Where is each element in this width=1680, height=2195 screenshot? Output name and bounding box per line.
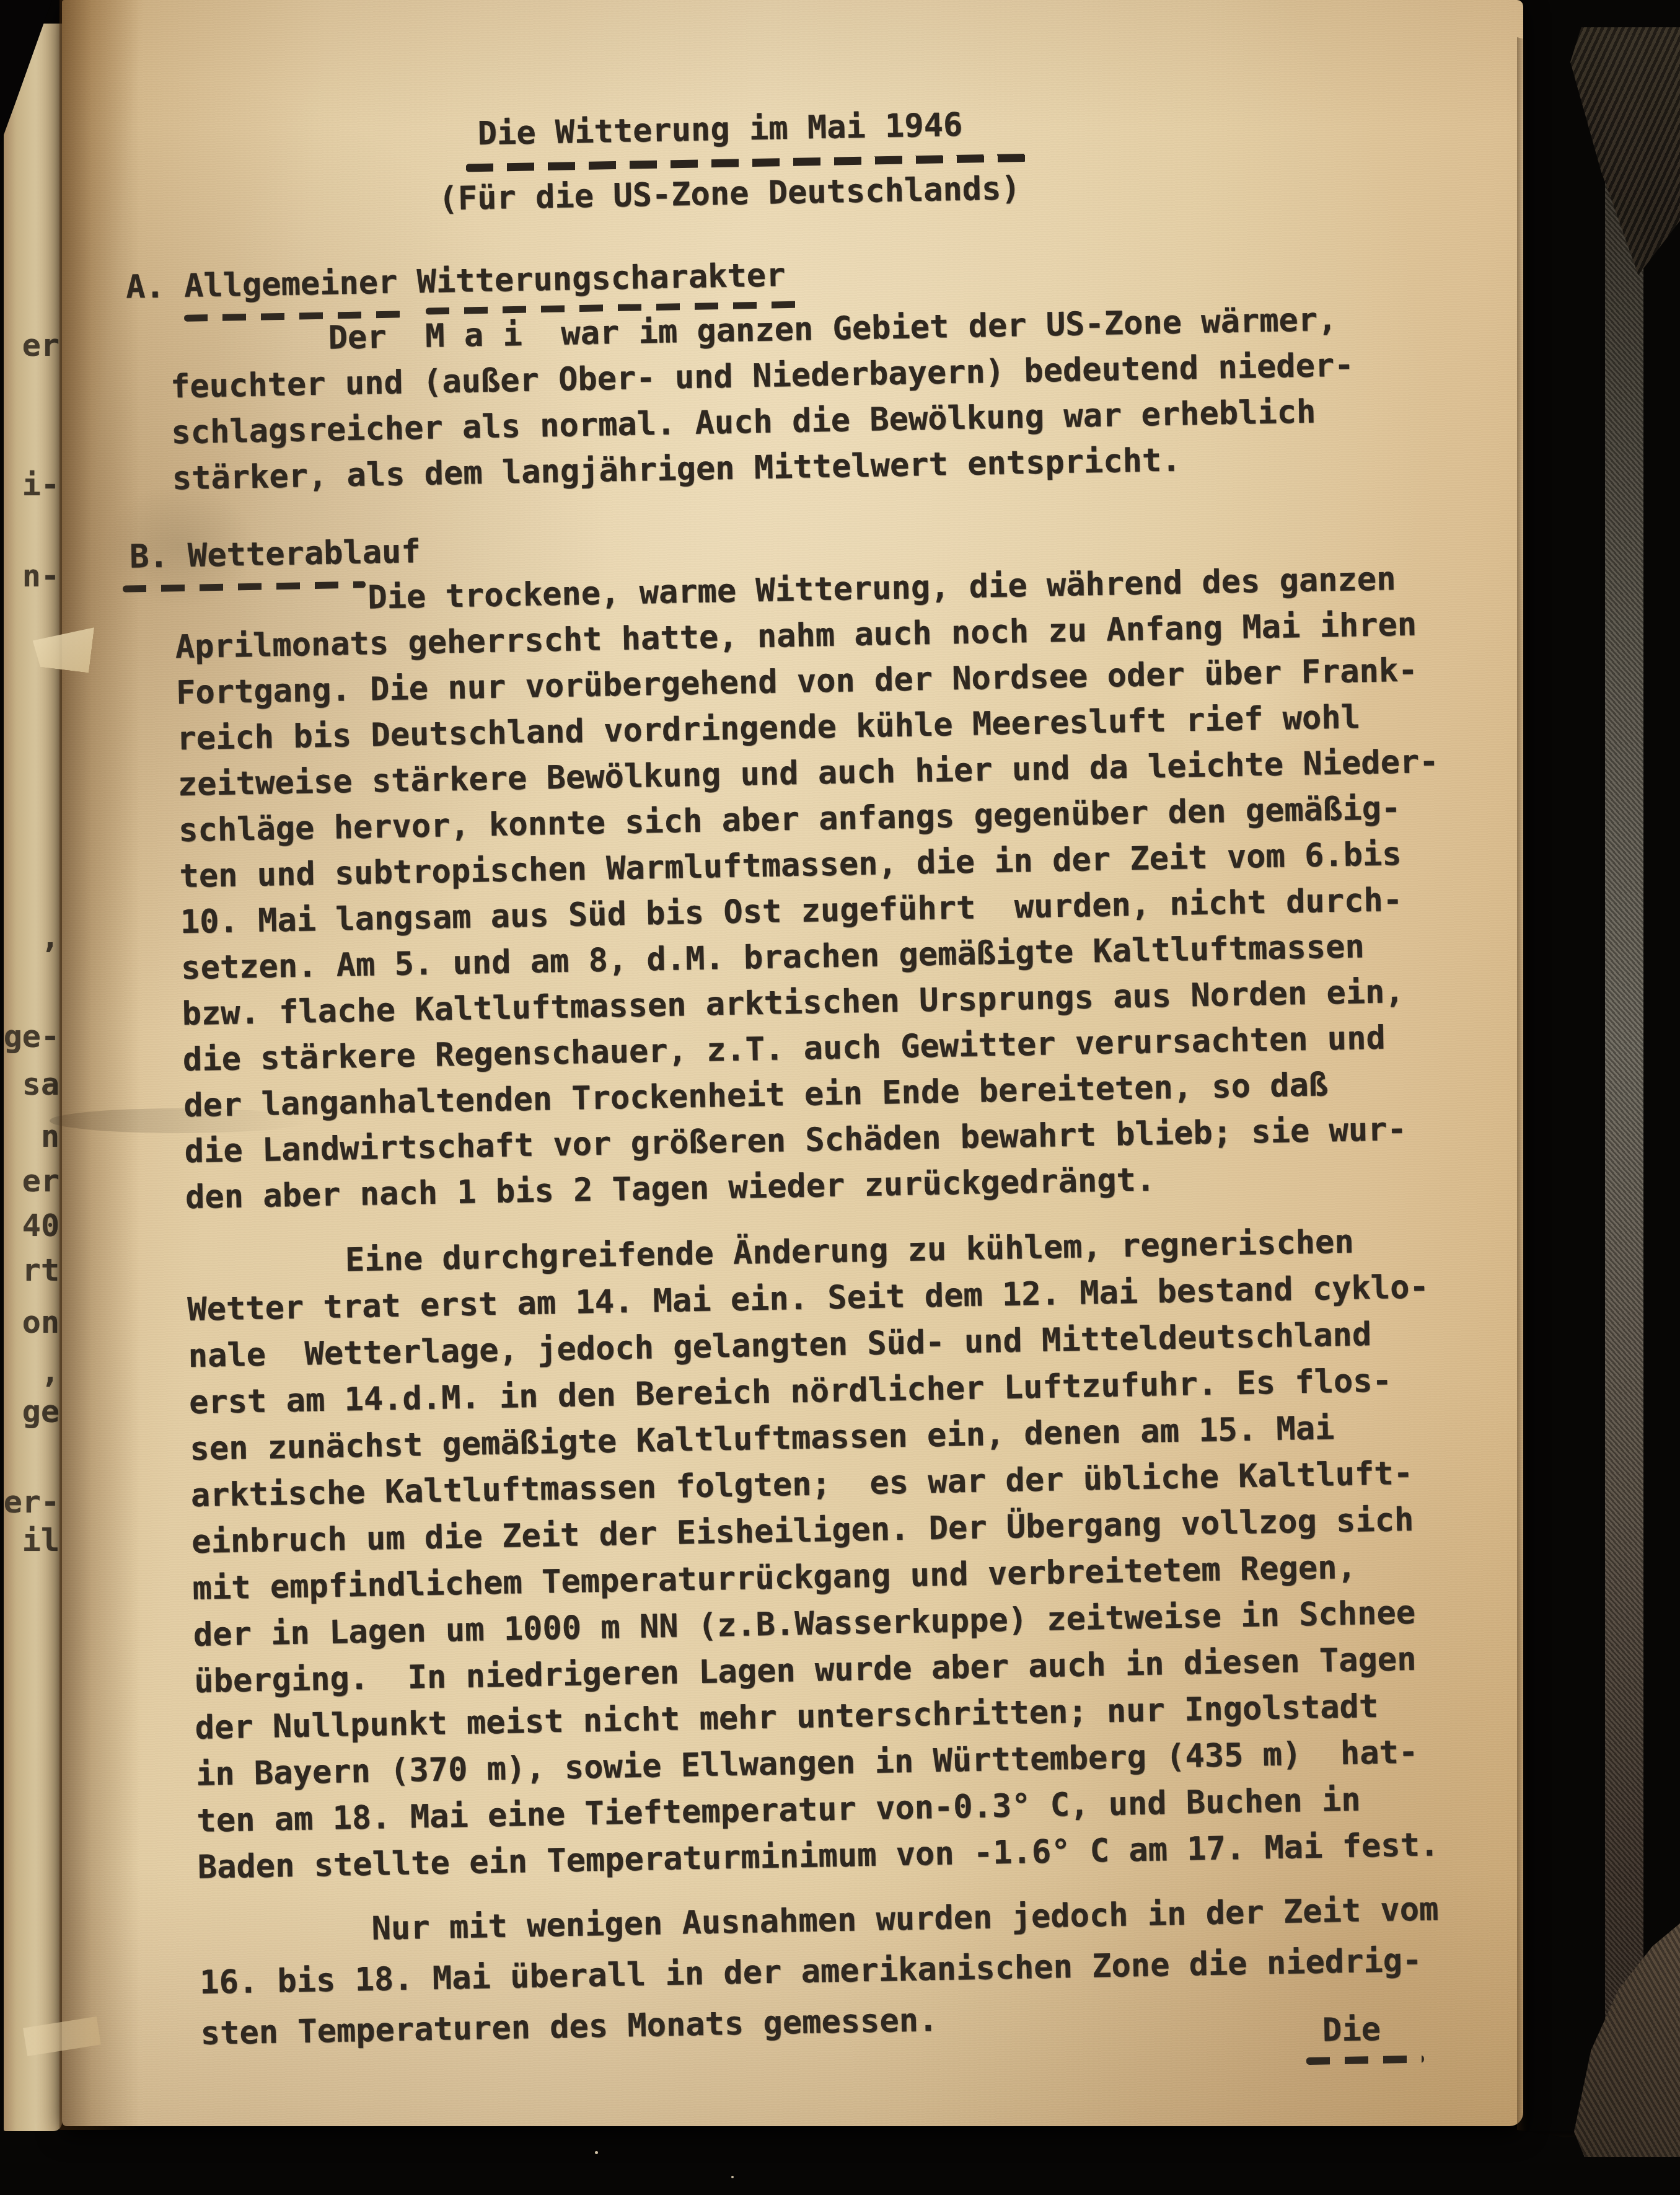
margin-text-fragment: 40 [22, 1208, 59, 1243]
margin-text-fragment: on [22, 1304, 59, 1340]
margin-text-fragment: ge [22, 1393, 59, 1429]
book-scan-background: eri-n-,ge-saner40rton,geer-il Die Witter… [0, 0, 1680, 2195]
catchword-underline [1306, 2056, 1424, 2065]
margin-text-fragment: er- [4, 1484, 59, 1520]
section-a-heading: A. Allgemeiner Witterungscharakter [126, 257, 786, 306]
page-stack-fore-edge [1517, 32, 1607, 2137]
margin-text-fragment: n [41, 1118, 59, 1154]
dust-speck [595, 2151, 598, 2154]
catchword: Die [1322, 2011, 1381, 2049]
margin-text-fragment: rt [22, 1252, 59, 1288]
book-cover-edge [1605, 35, 1643, 2139]
margin-text-fragment: ge- [4, 1018, 59, 1054]
section-b-paragraph-3: Nur mit wenigen Ausnahmen wurden jedoch … [198, 1883, 1502, 2059]
margin-text-fragment: sa [22, 1066, 59, 1102]
margin-text-fragment: il [22, 1522, 59, 1558]
title-underline [466, 154, 1027, 172]
margin-text-fragment: , [41, 919, 59, 955]
gutter-shadow [59, 0, 140, 2130]
section-b-heading: B. Wetterablauf [130, 533, 421, 576]
margin-text-fragment: er [22, 1163, 59, 1199]
dust-speck [731, 2176, 734, 2178]
page-subtitle: (Für die US-Zone Deutschlands) [438, 170, 1021, 218]
document-page: Die Witterung im Mai 1946 (Für die US-Zo… [62, 0, 1523, 2126]
section-a-paragraph: Der M a i war im ganzen Gebiet der US-Zo… [169, 294, 1474, 501]
page-title: Die Witterung im Mai 1946 [477, 107, 963, 152]
margin-text-fragment: , [41, 1354, 59, 1390]
section-b-paragraph-2: Eine durchgreifende Änderung zu kühlem, … [186, 1217, 1499, 1891]
typewritten-content: Die Witterung im Mai 1946 (Für die US-Zo… [43, 0, 1542, 2139]
section-b-paragraph-1: Die trockene, warme Witterung, die währe… [174, 555, 1487, 1221]
